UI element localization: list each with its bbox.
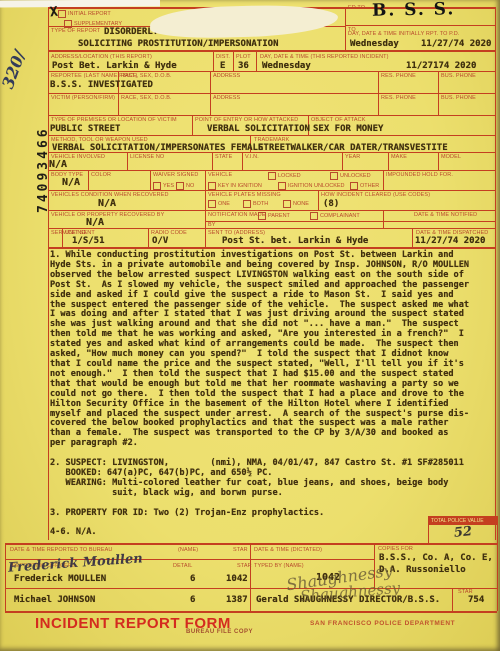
type-of-report-line2: SOLICITING PROSTITUTION/IMPERSONATION [78, 39, 278, 49]
officer1-signature: Frederick Moullen [8, 551, 144, 575]
plot-label: PLOT [236, 54, 251, 60]
total-police-value-box: TOTAL POLICE VALUE 52 [428, 516, 498, 545]
victim-bus-phone-label: BUS. PHONE [441, 95, 476, 101]
other-checkbox: OTHER [350, 182, 379, 190]
radio-code-value: O/V [152, 236, 168, 246]
officer2-star: 1387 [226, 595, 248, 605]
narrative-text: 1. While conducting prostitution investi… [50, 251, 469, 538]
unlocked-checkbox: UNLOCKED [330, 172, 371, 180]
how-cleared-value: (8) [323, 199, 339, 209]
address-location-value: Post Bet. Larkin & Hyde [52, 61, 177, 71]
waiver-yes-checkbox: YES [153, 182, 174, 190]
trademark-value: STREETWALKER/CAR DATER/TRANSVESTITE [258, 143, 448, 153]
plates-both-label: BOTH [253, 201, 268, 207]
type-of-report-label: TYPE OF REPORT [51, 28, 100, 34]
unit-sent-value: 1/S/51 [72, 236, 105, 246]
officer2-detail: 6 [190, 595, 195, 605]
parent-label: PARENT [268, 213, 290, 219]
premises-value: PUBLIC STREET [50, 124, 120, 134]
dist-value: E [220, 61, 225, 71]
key-in-ignition-label: KEY IN IGNITION [218, 183, 262, 189]
ignition-unlocked-checkbox: IGNITION UNLOCKED [278, 182, 345, 190]
unlocked-label: UNLOCKED [340, 173, 371, 179]
initial-report-label: INITIAL REPORT [68, 11, 111, 17]
agency-name: SAN FRANCISCO POLICE DEPARTMENT [310, 620, 455, 627]
case-number-stamp: 74093466 [36, 28, 51, 213]
impounded-label: IMPOUNDED HOLD FOR. [386, 172, 453, 178]
reportee-race-label: RACE, SEX, D.O.B. [121, 73, 172, 79]
plot-value: 36 [238, 61, 249, 71]
other-label: OTHER [360, 183, 379, 189]
body-type-value: N/A [62, 177, 80, 188]
method-value: VERBAL SOLICITATION/IMPERSONATES FEMALE [52, 143, 263, 153]
entry-value: VERBAL SOLICITATION [207, 124, 310, 134]
supplementary-label: SUPPLEMENTARY [74, 21, 122, 27]
routed-to-stamp: B. S. S. [372, 0, 456, 21]
plates-one-label: ONE [218, 201, 230, 207]
sent-to-value: Post St. bet. Larkin & Hyde [222, 236, 368, 246]
state-label: STATE [215, 154, 232, 160]
detail-label: DETAIL [173, 563, 192, 569]
incident-report-page: 320/ 74093466 [0, 0, 500, 651]
plates-none-label: NONE [293, 201, 309, 207]
incident-datetime-label: DAY, DATE & TIME (THIS REPORTED INCIDENT… [260, 54, 389, 60]
victim-res-phone-label: RES. PHONE [381, 95, 416, 101]
reportee-value: B.S.S. INVESTIGATED [50, 80, 153, 90]
plates-none-checkbox: NONE [283, 200, 309, 208]
officer-star-label: STAR [233, 547, 248, 553]
date-notified-label: DATE & TIME NOTIFIED [414, 212, 477, 218]
officer2-name: Michael JOHNSON [14, 595, 95, 605]
year-label: YEAR [345, 154, 360, 160]
initial-report-check-mark: X [49, 5, 58, 21]
model-label: MODEL [441, 154, 461, 160]
typed-by-label: TYPED BY (NAME) [254, 563, 304, 569]
locked-checkbox: LOCKED [268, 172, 301, 180]
date-dispatched-value: 11/27/74 2020 [415, 236, 485, 246]
entry-label: POINT OF ENTRY OR HOW ATTACKED [195, 117, 298, 123]
vin-label: V.I.N. [245, 154, 259, 160]
make-label: MAKE [391, 154, 407, 160]
officer-name-label: (NAME) [178, 547, 198, 553]
waiver-yes-label: YES [163, 183, 174, 189]
dist-label: DIST. [216, 54, 230, 60]
supplementary-checkbox: SUPPLEMENTARY [64, 20, 122, 28]
vehicle-involved-value: N/A [49, 159, 67, 170]
victim-label: VICTIM (PERSON/FIRM) [51, 95, 115, 101]
complainant-checkbox: COMPLAINANT [310, 212, 360, 220]
waiver-no-label: NO [186, 183, 194, 189]
copies-for-label: COPIES FOR [378, 546, 413, 552]
ignition-unlocked-label: IGNITION UNLOCKED [288, 183, 345, 189]
plates-one-checkbox: ONE [208, 200, 230, 208]
waiver-no-checkbox: NO [176, 182, 194, 190]
approved-star-value: 754 [468, 595, 484, 605]
complainant-label: COMPLAINANT [320, 213, 360, 219]
address-location-label: ADDRESS/LOCATION (THIS REPORT) [51, 54, 152, 60]
premises-label: TYPE OF PREMISES OR LOCATION OF VICTIM [51, 117, 177, 123]
initially-reported-day: Wednesday [350, 39, 399, 49]
recovered-by-label: VEHICLE OR PROPERTY RECOVERED BY [51, 212, 164, 218]
condition-value: N/A [98, 198, 116, 209]
incident-day-value: Wednesday [262, 61, 311, 71]
initially-reported-datetime: 11/27/74 2020 [421, 39, 491, 49]
reportee-res-phone-label: RES. PHONE [381, 73, 416, 79]
reported-to-bureau-label: DATE & TIME REPORTED TO BUREAU [10, 547, 112, 553]
incident-datetime-value: 11/27174 2020 [406, 61, 476, 71]
victim-race-label: RACE, SEX, D.O.B. [121, 95, 172, 101]
notification-by-label: BY [208, 222, 216, 228]
object-label: OBJECT OF ATTACK [311, 117, 365, 123]
copy-type-label: BUREAU FILE COPY [186, 629, 253, 635]
detail-star-label: STAR [237, 563, 252, 569]
locked-label: LOCKED [278, 173, 301, 179]
plates-missing-label: VEHICLE PLATES MISSING [208, 192, 281, 198]
plates-both-checkbox: BOTH [243, 200, 268, 208]
officer1-detail: 6 [190, 574, 195, 584]
copies-for-line1: B.S.S., Co. A, Co. E, [379, 553, 493, 563]
parent-checkbox: PARENT [258, 212, 290, 220]
notification-made-label: NOTIFICATION MADE [208, 212, 266, 218]
key-in-ignition-checkbox: KEY IN IGNITION [208, 182, 262, 190]
victim-address-label: ADDRESS [213, 95, 240, 101]
license-label: LICENSE NO [130, 154, 164, 160]
waiver-label: WAIVER SIGNED [153, 172, 198, 178]
routed-to-label: ED TO [348, 5, 365, 11]
recovered-by-value: N/A [86, 217, 104, 228]
officer1-name: Frederick MOULLEN [14, 574, 106, 584]
object-value: SEX FOR MONEY [313, 124, 383, 134]
initially-reported-label: DAY, DATE & TIME INITIALLY RPT. TO P.D. [348, 31, 460, 37]
reportee-bus-phone-label: BUS. PHONE [441, 73, 476, 79]
initial-report-checkbox: INITIAL REPORT [58, 10, 111, 18]
handwritten-margin-number: 320/ [0, 48, 29, 91]
officer1-star: 1042 [226, 574, 248, 584]
vehicle-state-label: VEHICLE [208, 172, 232, 178]
dictated-label: DATE & TIME (DICTATED) [254, 547, 322, 553]
color-label: COLOR [91, 172, 111, 178]
reportee-address-label: ADDRESS [213, 73, 240, 79]
how-cleared-label: HOW INCIDENT CLEARED (USE CODES) [321, 192, 430, 198]
